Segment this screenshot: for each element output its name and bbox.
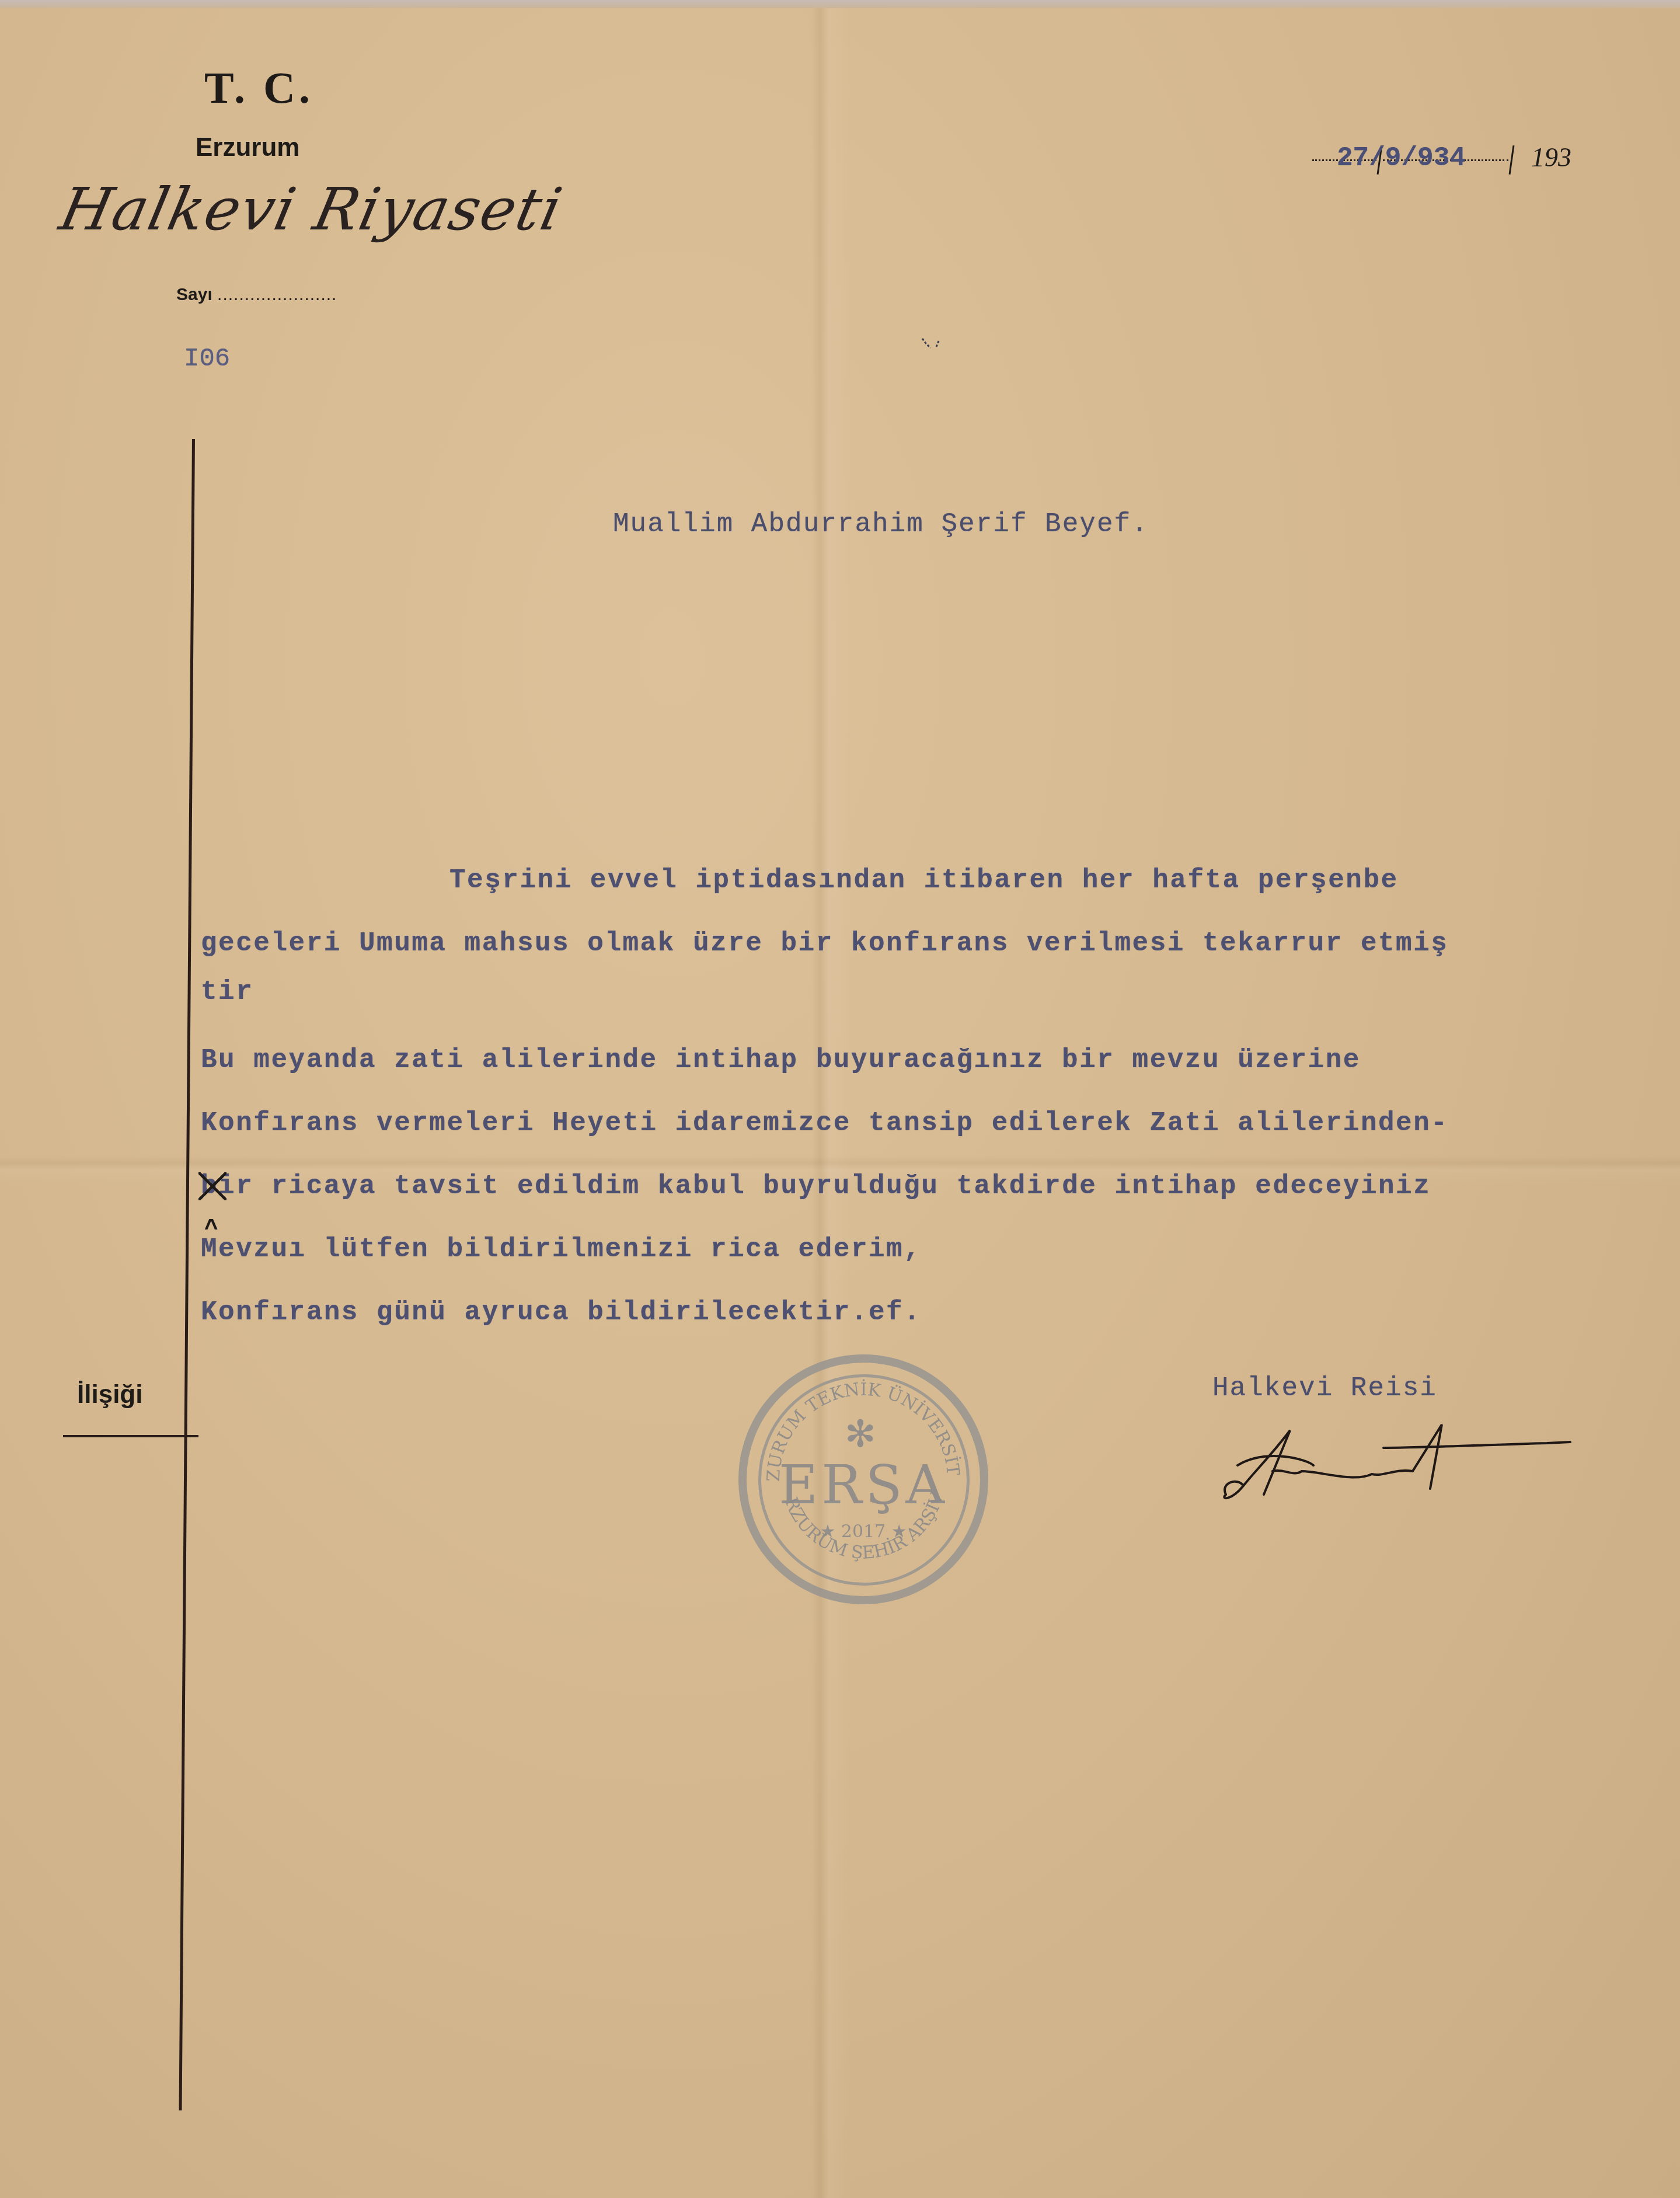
date-divider (1509, 145, 1515, 175)
letterhead-city: Erzurum (196, 133, 299, 162)
typed-date: 27/9/934 (1337, 143, 1466, 173)
letterhead-state: T. C. (204, 63, 313, 114)
archive-stamp: ERZURUM TEKNİK ÜNİVERSİTESİ ERZURUM ŞEHİ… (738, 1354, 989, 1605)
body-line-3: tir (201, 977, 253, 1007)
number-label: Sayı (176, 285, 212, 304)
handwritten-signature (1220, 1413, 1582, 1506)
number-field: Sayı ...................... (176, 285, 337, 305)
snowflake-icon: ✻ (845, 1413, 876, 1456)
attachment-rule (63, 1435, 198, 1437)
letterhead-office: Halkevi Riyaseti (54, 175, 569, 243)
attachment-label: İlişiği (77, 1380, 142, 1409)
stamp-year: ★ 2017 ★ (738, 1521, 988, 1542)
body-line-6: bir ricaya tavsit edildim kabul buyruldu… (201, 1171, 1431, 1201)
stamp-main-text: ERŞA (738, 1454, 988, 1516)
body-line-2: geceleri Umuma mahsus olmak üzre bir kon… (201, 928, 1448, 959)
corrected-word: Mevzuı (201, 1234, 306, 1265)
document-paper (0, 0, 1680, 2198)
body-line-7-text: lütfen bildirilmenizi rica ederim, (306, 1234, 922, 1265)
reference-number: I06 (184, 344, 230, 374)
check-mark-icon (921, 337, 944, 351)
date-year-prefix: 193 (1531, 142, 1571, 172)
body-line-6-text: ricaya tavsit edildim kabul buyrulduğu t… (253, 1171, 1431, 1201)
body-line-7: Mevzuı lütfen bildirilmenizi rica ederim… (201, 1234, 921, 1265)
recipient-line: Muallim Abdurrahim Şerif Beyef. (613, 509, 1149, 539)
struck-word: bir (201, 1171, 253, 1201)
signatory-title: Halkevi Reisi (1212, 1373, 1437, 1403)
scan-edge (0, 0, 1680, 8)
body-line-4: Bu meyanda zati alilerinde intihap buyur… (201, 1045, 1361, 1075)
body-line-8: Konfırans günü ayruca bildirilecektir.ef… (201, 1297, 921, 1328)
body-line-1: Teşrini evvel iptidasından itibaren her … (449, 865, 1399, 896)
number-dots: ...................... (217, 285, 337, 304)
body-line-5: Konfırans vermeleri Heyeti idaremizce ta… (201, 1108, 1448, 1138)
